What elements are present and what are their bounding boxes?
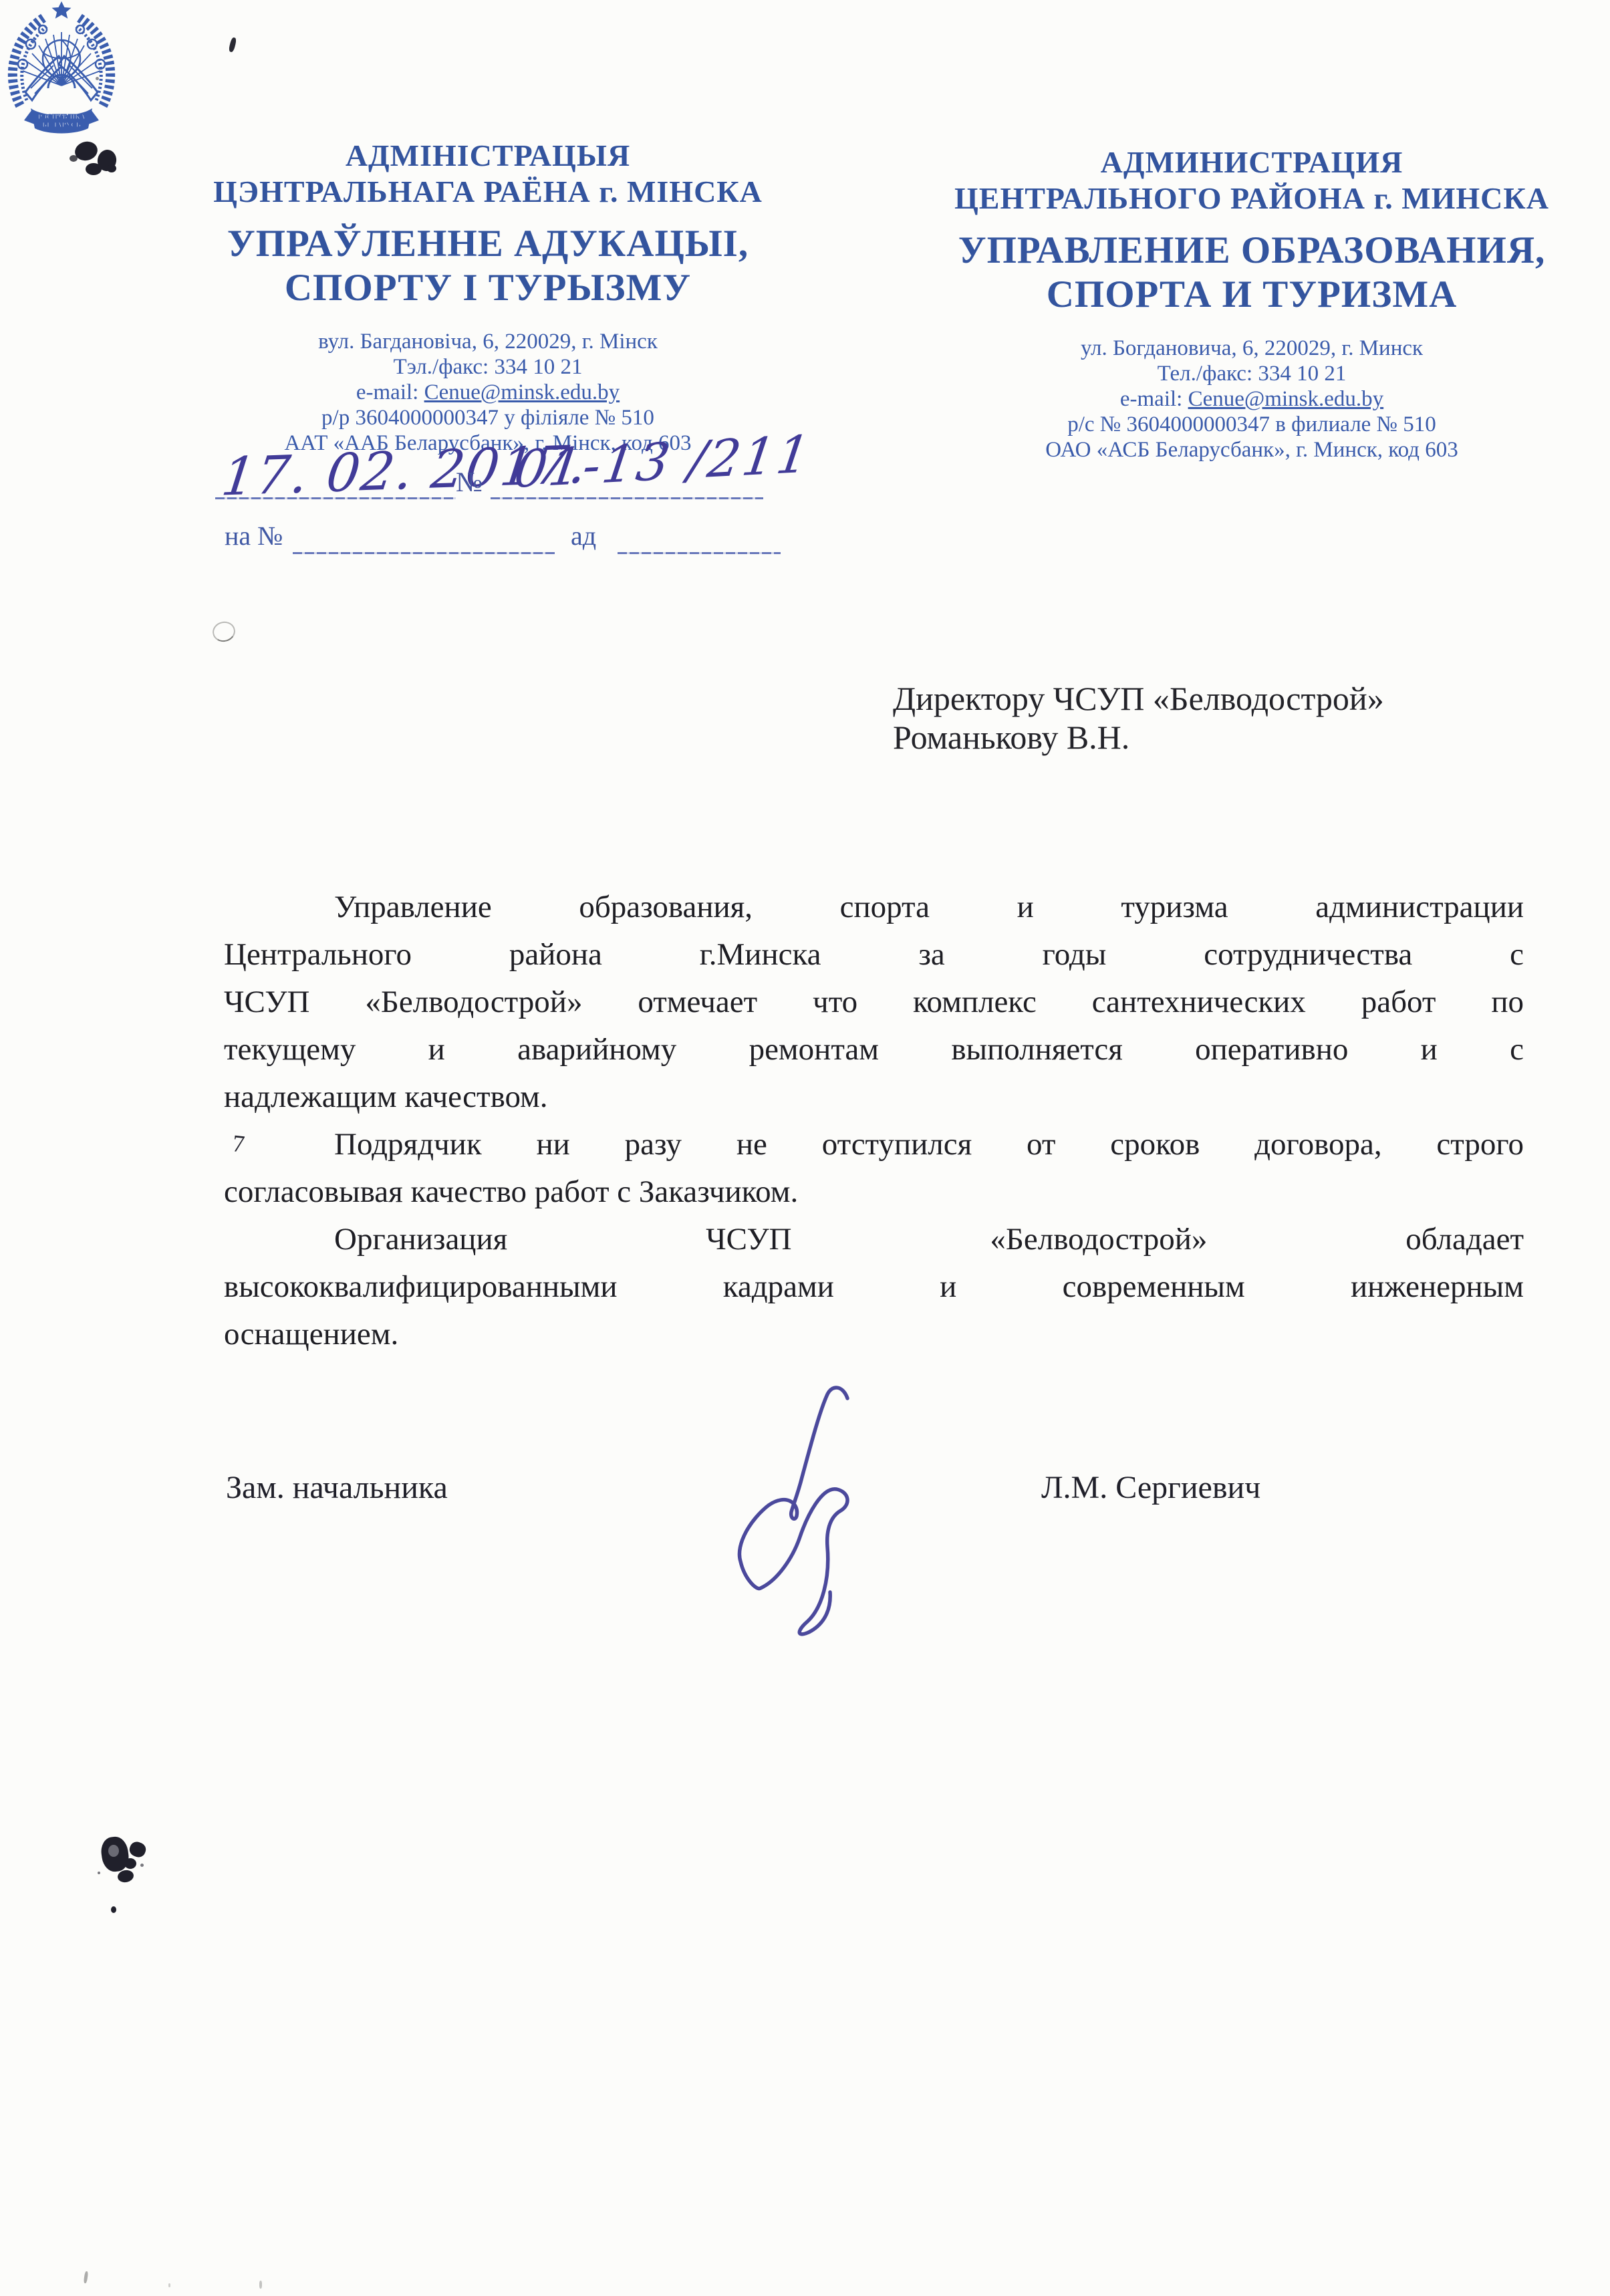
- dept-name-line1-by: УПРАЎЛЕННЕ АДУКАЦЫІ,: [180, 222, 795, 266]
- email-line-by: e-mail: Cenue@minsk.edu.by: [180, 380, 795, 405]
- ink-smudge: [107, 164, 116, 172]
- email-prefix: e-mail:: [356, 380, 424, 404]
- ink-blot: [128, 1840, 148, 1860]
- number-underline: [491, 497, 763, 499]
- address-line: Тел./факс: 334 10 21: [914, 361, 1589, 386]
- bank-block-ru: р/с № 3604000000347 в филиале № 510ОАО «…: [914, 412, 1589, 463]
- handwritten-signature-ink: [722, 1378, 862, 1646]
- address-line: вул. Багдановіча, 6, 220029, г. Мінск: [180, 329, 795, 354]
- body-line: ЧСУП «Белводострой» отмечает что комплек…: [224, 979, 1524, 1026]
- addressee-line1: Директору ЧСУП «Белводострой»: [893, 679, 1384, 718]
- scan-speck: [168, 2283, 170, 2287]
- bank-line: ОАО «АСБ Беларусбанк», г. Минск, код 603: [914, 437, 1589, 463]
- body-line: Организация ЧСУП «Белводострой» обладает: [224, 1216, 1524, 1263]
- address-block-ru: ул. Богдановича, 6, 220029, г. МинскТел.…: [914, 336, 1589, 386]
- address-line: Тэл./факс: 334 10 21: [180, 354, 795, 380]
- paper-ring-mark: [211, 620, 237, 644]
- body-line: согласовывая качество работ с Заказчиком…: [224, 1168, 1524, 1216]
- body-line: текущему и аварийному ремонтам выполняет…: [224, 1026, 1524, 1073]
- belarus-coat-of-arms-icon: РЭСПУБЛІКА БЕЛАРУСЬ: [0, 0, 123, 136]
- addressee-line2: Романькову В.Н.: [893, 718, 1384, 757]
- dust-dot: [96, 77, 99, 80]
- ink-speck: [228, 37, 237, 52]
- scan-speck: [259, 2281, 262, 2289]
- addressee-block: Директору ЧСУП «Белводострой» Романькову…: [893, 679, 1384, 757]
- emblem-ribbon-text-1: РЭСПУБЛІКА: [38, 114, 86, 121]
- date-underline: [215, 497, 456, 499]
- star-icon: [52, 1, 72, 19]
- ink-smudge: [70, 155, 78, 162]
- body-line: Центрального района г.Минска за годы сот…: [224, 931, 1524, 979]
- ink-speck: [111, 1906, 116, 1913]
- number-sign: №: [456, 467, 483, 499]
- dept-name-line2-by: СПОРТУ І ТУРЫЗМУ: [180, 266, 795, 310]
- ink-speck: [140, 1864, 144, 1867]
- body-line: оснащением.: [224, 1311, 1524, 1358]
- body-line: надлежащим качеством.: [224, 1073, 1524, 1121]
- email-address: Cenue@minsk.edu.by: [1188, 387, 1384, 411]
- incoming-date-underline: [618, 552, 781, 554]
- bank-line: р/с № 3604000000347 в филиале № 510: [914, 412, 1589, 437]
- org-name-line1-ru: АДМИНИСТРАЦИЯ: [914, 144, 1589, 180]
- email-address: Cenue@minsk.edu.by: [424, 380, 620, 404]
- email-line-ru: e-mail: Cenue@minsk.edu.by: [914, 386, 1589, 412]
- letterhead-belarusian: АДМІНІСТРАЦЫЯ ЦЭНТРАЛЬНАГА РАЁНА г. МІНС…: [180, 138, 795, 456]
- body-line: высококвалифицированными кадрами и совре…: [224, 1263, 1524, 1311]
- incoming-number-label: на №: [225, 520, 283, 551]
- ink-smudge: [86, 163, 102, 175]
- signer-name: Л.М. Сергиевич: [1041, 1469, 1260, 1506]
- incoming-number-underline: [293, 552, 555, 554]
- scan-speck: [84, 2271, 88, 2284]
- body-line: Подрядчик ни разу не отступился от сроко…: [224, 1121, 1524, 1168]
- dept-name-line1-ru: УПРАВЛЕНИЕ ОБРАЗОВАНИЯ,: [914, 229, 1589, 273]
- scanned-letter-page: РЭСПУБЛІКА БЕЛАРУСЬ АДМІНІСТРАЦЫЯ ЦЭНТРА…: [0, 0, 1610, 2296]
- incoming-date-label: ад: [571, 520, 596, 551]
- address-block-by: вул. Багдановіча, 6, 220029, г. МінскТэл…: [180, 329, 795, 380]
- emblem-ribbon-text-2: БЕЛАРУСЬ: [42, 122, 81, 129]
- letterhead-russian: АДМИНИСТРАЦИЯ ЦЕНТРАЛЬНОГО РАЙОНА г. МИН…: [914, 144, 1589, 463]
- email-prefix: e-mail:: [1120, 387, 1188, 411]
- signer-position: Зам. начальника: [226, 1469, 448, 1506]
- ink-blot: [124, 1858, 136, 1869]
- ink-blot-highlight: [108, 1845, 119, 1857]
- body-line: Управление образования, спорта и туризма…: [224, 884, 1524, 931]
- address-line: ул. Богдановича, 6, 220029, г. Минск: [914, 336, 1589, 361]
- letter-body: Управление образования, спорта и туризма…: [224, 884, 1524, 1358]
- org-name-line1-by: АДМІНІСТРАЦЫЯ: [180, 138, 795, 174]
- dept-name-line2-ru: СПОРТА И ТУРИЗМА: [914, 273, 1589, 317]
- bank-line: р/р 3604000000347 у філіяле № 510: [180, 405, 795, 430]
- ink-speck: [98, 1872, 100, 1874]
- org-name-line2-ru: ЦЕНТРАЛЬНОГО РАЙОНА г. МИНСКА: [914, 180, 1589, 217]
- ink-blot: [117, 1869, 135, 1884]
- org-name-line2-by: ЦЭНТРАЛЬНАГА РАЁНА г. МІНСКА: [180, 174, 795, 210]
